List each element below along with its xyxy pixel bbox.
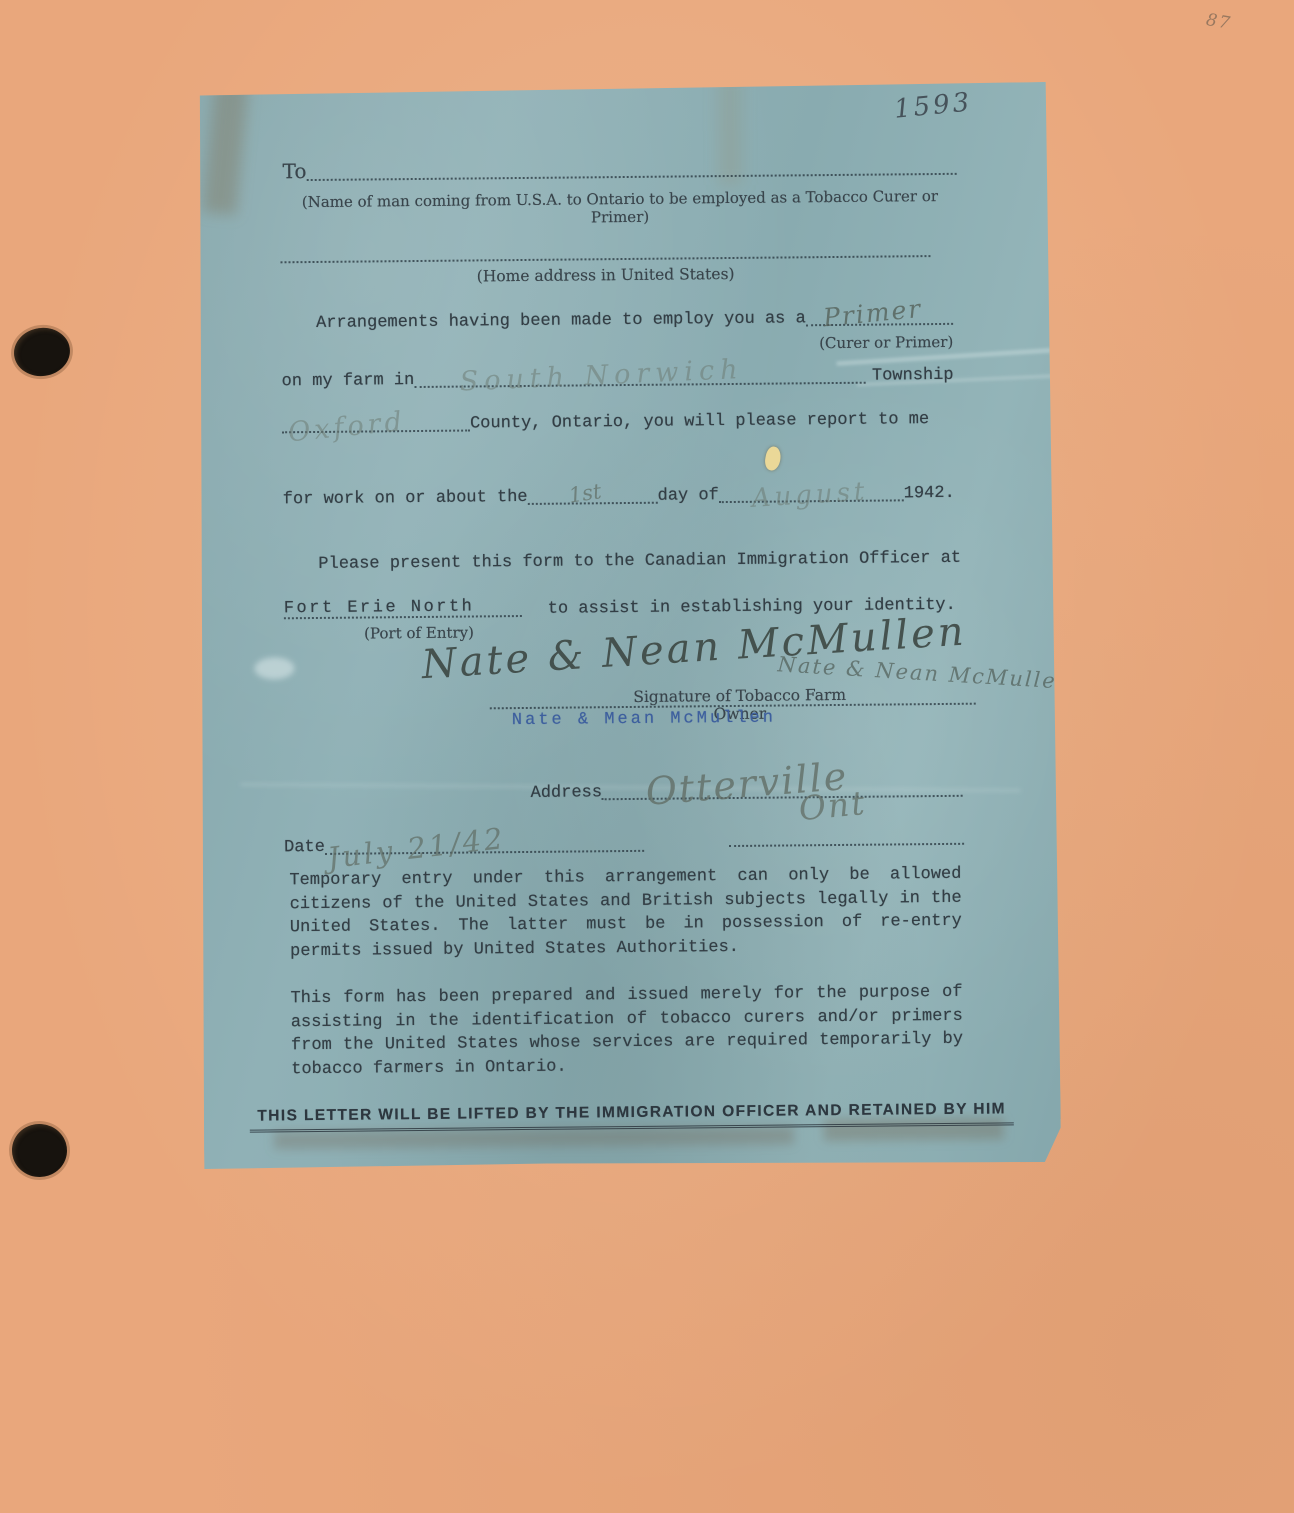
footer-notice-text: THIS LETTER WILL BE LIFTED BY THE IMMIGR… <box>249 1100 1014 1132</box>
home-address-caption: (Home address in United States) <box>281 263 931 287</box>
paragraph-form-purpose: This form has been prepared and issued m… <box>290 981 963 1081</box>
employ-line: Arrangements having been made to employ … <box>316 303 953 333</box>
employ-value-handwriting: Primer <box>822 294 924 332</box>
address-province-handwriting: Ont <box>797 783 868 828</box>
employ-text: Arrangements having been made to employ … <box>316 309 806 333</box>
home-address-blank <box>280 235 930 263</box>
farm-line: on my farm in South Norwich Township <box>282 361 954 391</box>
work-month-handwriting: August <box>751 477 869 514</box>
paragraph-temporary-entry: Temporary entry under this arrangement c… <box>289 863 962 963</box>
farm-suffix: Township <box>872 366 954 386</box>
work-line: for work on or about the 1st day of Augu… <box>283 479 955 509</box>
port-blank: Fort Erie North <box>284 595 522 619</box>
paper-tear <box>763 445 782 472</box>
to-caption: (Name of man coming from U.S.A. to Ontar… <box>283 187 957 229</box>
farm-prefix: on my farm in <box>282 371 415 391</box>
present-line: Please present this form to the Canadian… <box>318 549 961 574</box>
stain-top-left <box>202 83 248 216</box>
hole-punch-bottom <box>10 1122 69 1179</box>
port-value-typed: Fort Erie North <box>284 597 475 618</box>
to-blank <box>306 153 956 181</box>
farm-blank: South Norwich <box>414 362 866 388</box>
date-label: Date <box>284 838 325 857</box>
form-paper: 1593 To (Name of man coming from U.S.A. … <box>194 82 1061 1170</box>
date-line: Date July 21/42 <box>284 830 644 857</box>
scrapbook-page: 87 1593 To (Name of man coming from U.S.… <box>0 0 1294 1513</box>
date-blank: July 21/42 <box>325 830 644 855</box>
county-line: Oxford County, Ontario, you will please … <box>282 405 954 435</box>
county-blank: Oxford <box>282 410 470 434</box>
work-year: 1942. <box>904 484 955 503</box>
address-line2-blank <box>729 823 964 847</box>
address-line: Address Otterville <box>530 775 962 803</box>
work-day-blank: 1st <box>527 482 657 505</box>
hole-punch-top <box>11 324 73 379</box>
work-day-handwriting: 1st <box>568 479 604 508</box>
employ-blank: Primer <box>806 303 954 326</box>
to-label: To <box>283 159 307 183</box>
work-prefix: for work on or about the <box>283 488 528 509</box>
form-serial-number: 1593 <box>893 87 974 124</box>
address-blank: Otterville <box>602 775 963 800</box>
county-value-handwriting: Oxford <box>287 406 407 448</box>
address-label: Address <box>531 783 603 803</box>
work-month-blank: August <box>719 479 904 503</box>
owner-name-typed: Nate & Mean McMullen <box>512 709 776 731</box>
farm-value-handwriting: South Norwich <box>459 354 744 398</box>
footer-notice: THIS LETTER WILL BE LIFTED BY THE IMMIGR… <box>249 1100 1015 1132</box>
page-corner-pencil-note: 87 <box>1204 10 1233 34</box>
curer-or-primer-caption: (Curer or Primer) <box>316 333 957 357</box>
work-middle: day of <box>658 486 719 506</box>
home-address-line <box>280 235 930 265</box>
county-suffix: County, Ontario, you will please report … <box>470 410 929 433</box>
scuff-left <box>254 657 294 679</box>
to-line: To <box>283 153 957 183</box>
